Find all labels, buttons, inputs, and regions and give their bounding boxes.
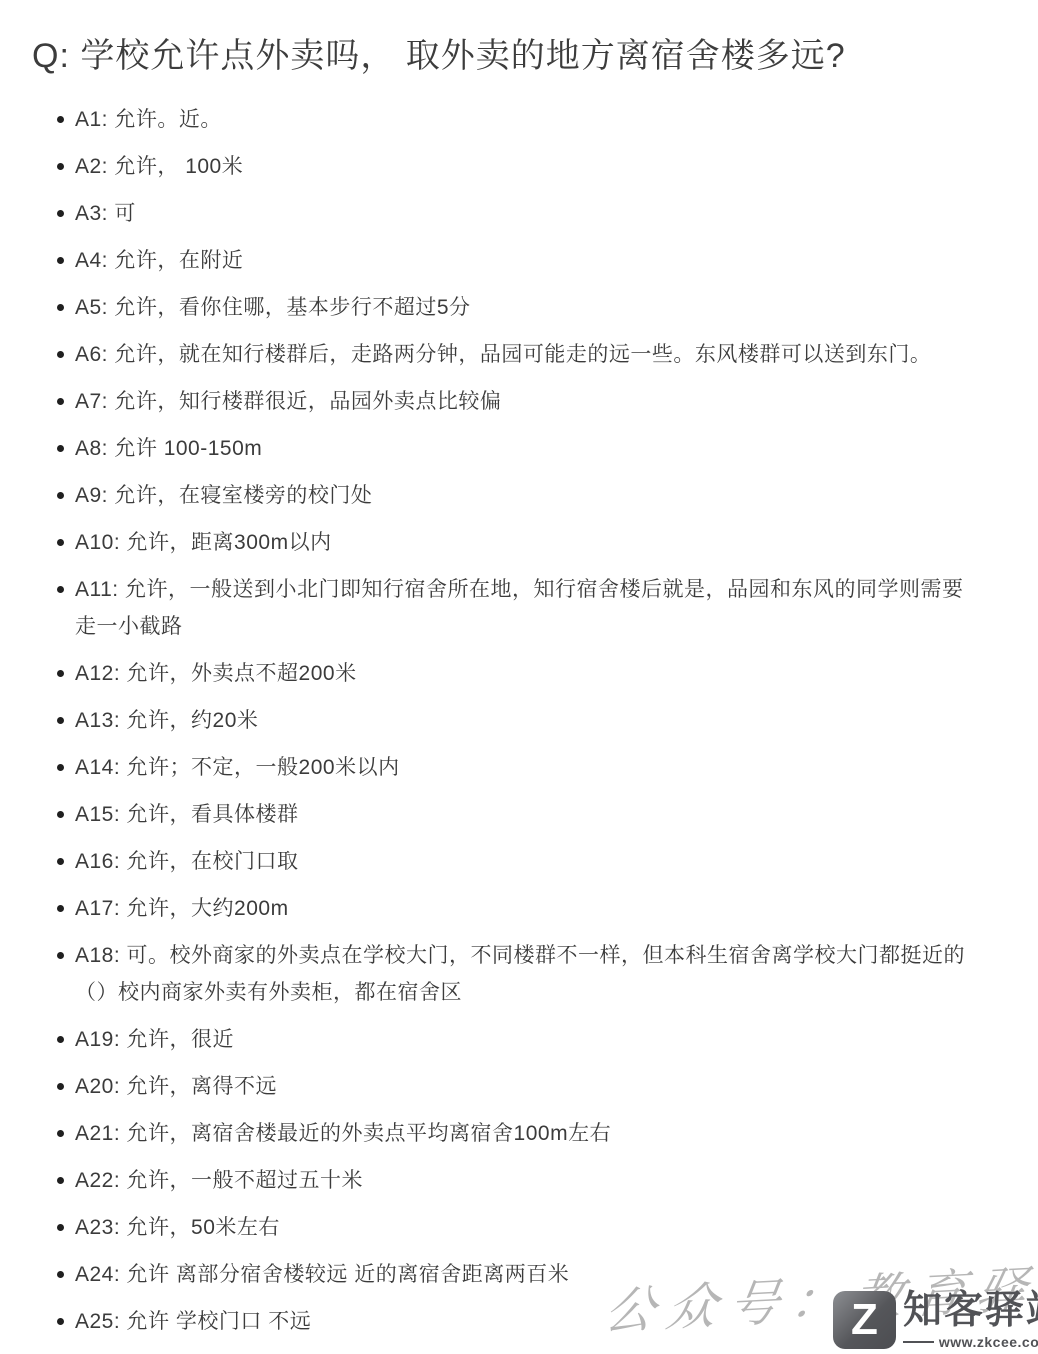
answer-item: A13: 允许，约20米 [75,702,975,739]
answer-item: A7: 允许，知行楼群很近，品园外卖点比较偏 [75,383,975,420]
answer-item: A9: 允许，在寝室楼旁的校门处 [75,477,975,514]
answers-list: A1: 允许。近。A2: 允许， 100米A3: 可A4: 允许，在附近A5: … [32,101,975,1340]
answer-item: A18: 可。校外商家的外卖点在学校大门，不同楼群不一样，但本科生宿舍离学校大门… [75,937,975,1011]
answer-item: A11: 允许，一般送到小北门即知行宿舍所在地，知行宿舍楼后就是，品园和东风的同… [75,571,975,645]
answer-item: A16: 允许，在校门口取 [75,843,975,880]
answer-item: A21: 允许，离宿舍楼最近的外卖点平均离宿舍100m左右 [75,1115,975,1152]
answer-item: A2: 允许， 100米 [75,148,975,185]
question-title: Q: 学校允许点外卖吗， 取外卖的地方离宿舍楼多远? [32,36,1038,77]
answer-item: A23: 允许，50米左右 [75,1209,975,1246]
answer-item: A20: 允许，离得不远 [75,1068,975,1105]
answer-item: A15: 允许，看具体楼群 [75,796,975,833]
answer-item: A8: 允许 100-150m [75,430,975,467]
answer-item: A3: 可 [75,195,975,232]
logo-url: www.zkcee.com [903,1334,1038,1350]
logo-text-block: 知客驿站 www.zkcee.com [903,1291,1038,1350]
logo-z-icon: Z [833,1291,896,1349]
answer-item: A17: 允许，大约200m [75,890,975,927]
answer-item: A22: 允许，一般不超过五十米 [75,1162,975,1199]
answer-item: A10: 允许，距离300m以内 [75,524,975,561]
qa-document-page: Q: 学校允许点外卖吗， 取外卖的地方离宿舍楼多远? A1: 允许。近。A2: … [0,0,1038,1354]
answer-item: A19: 允许，很近 [75,1021,975,1058]
qa-content: Q: 学校允许点外卖吗， 取外卖的地方离宿舍楼多远? A1: 允许。近。A2: … [0,0,1038,1340]
answer-item: A6: 允许，就在知行楼群后，走路两分钟，品园可能走的远一些。东风楼群可以送到东… [75,336,975,373]
logo-brand-name: 知客驿站 [903,1291,1038,1330]
answer-item: A1: 允许。近。 [75,101,975,138]
answer-item: A4: 允许，在附近 [75,242,975,279]
answer-item: A5: 允许，看你住哪，基本步行不超过5分 [75,289,975,326]
zkcee-logo: Z 知客驿站 www.zkcee.com [833,1291,1038,1350]
answer-item: A14: 允许；不定，一般200米以内 [75,749,975,786]
answer-item: A12: 允许，外卖点不超200米 [75,655,975,692]
